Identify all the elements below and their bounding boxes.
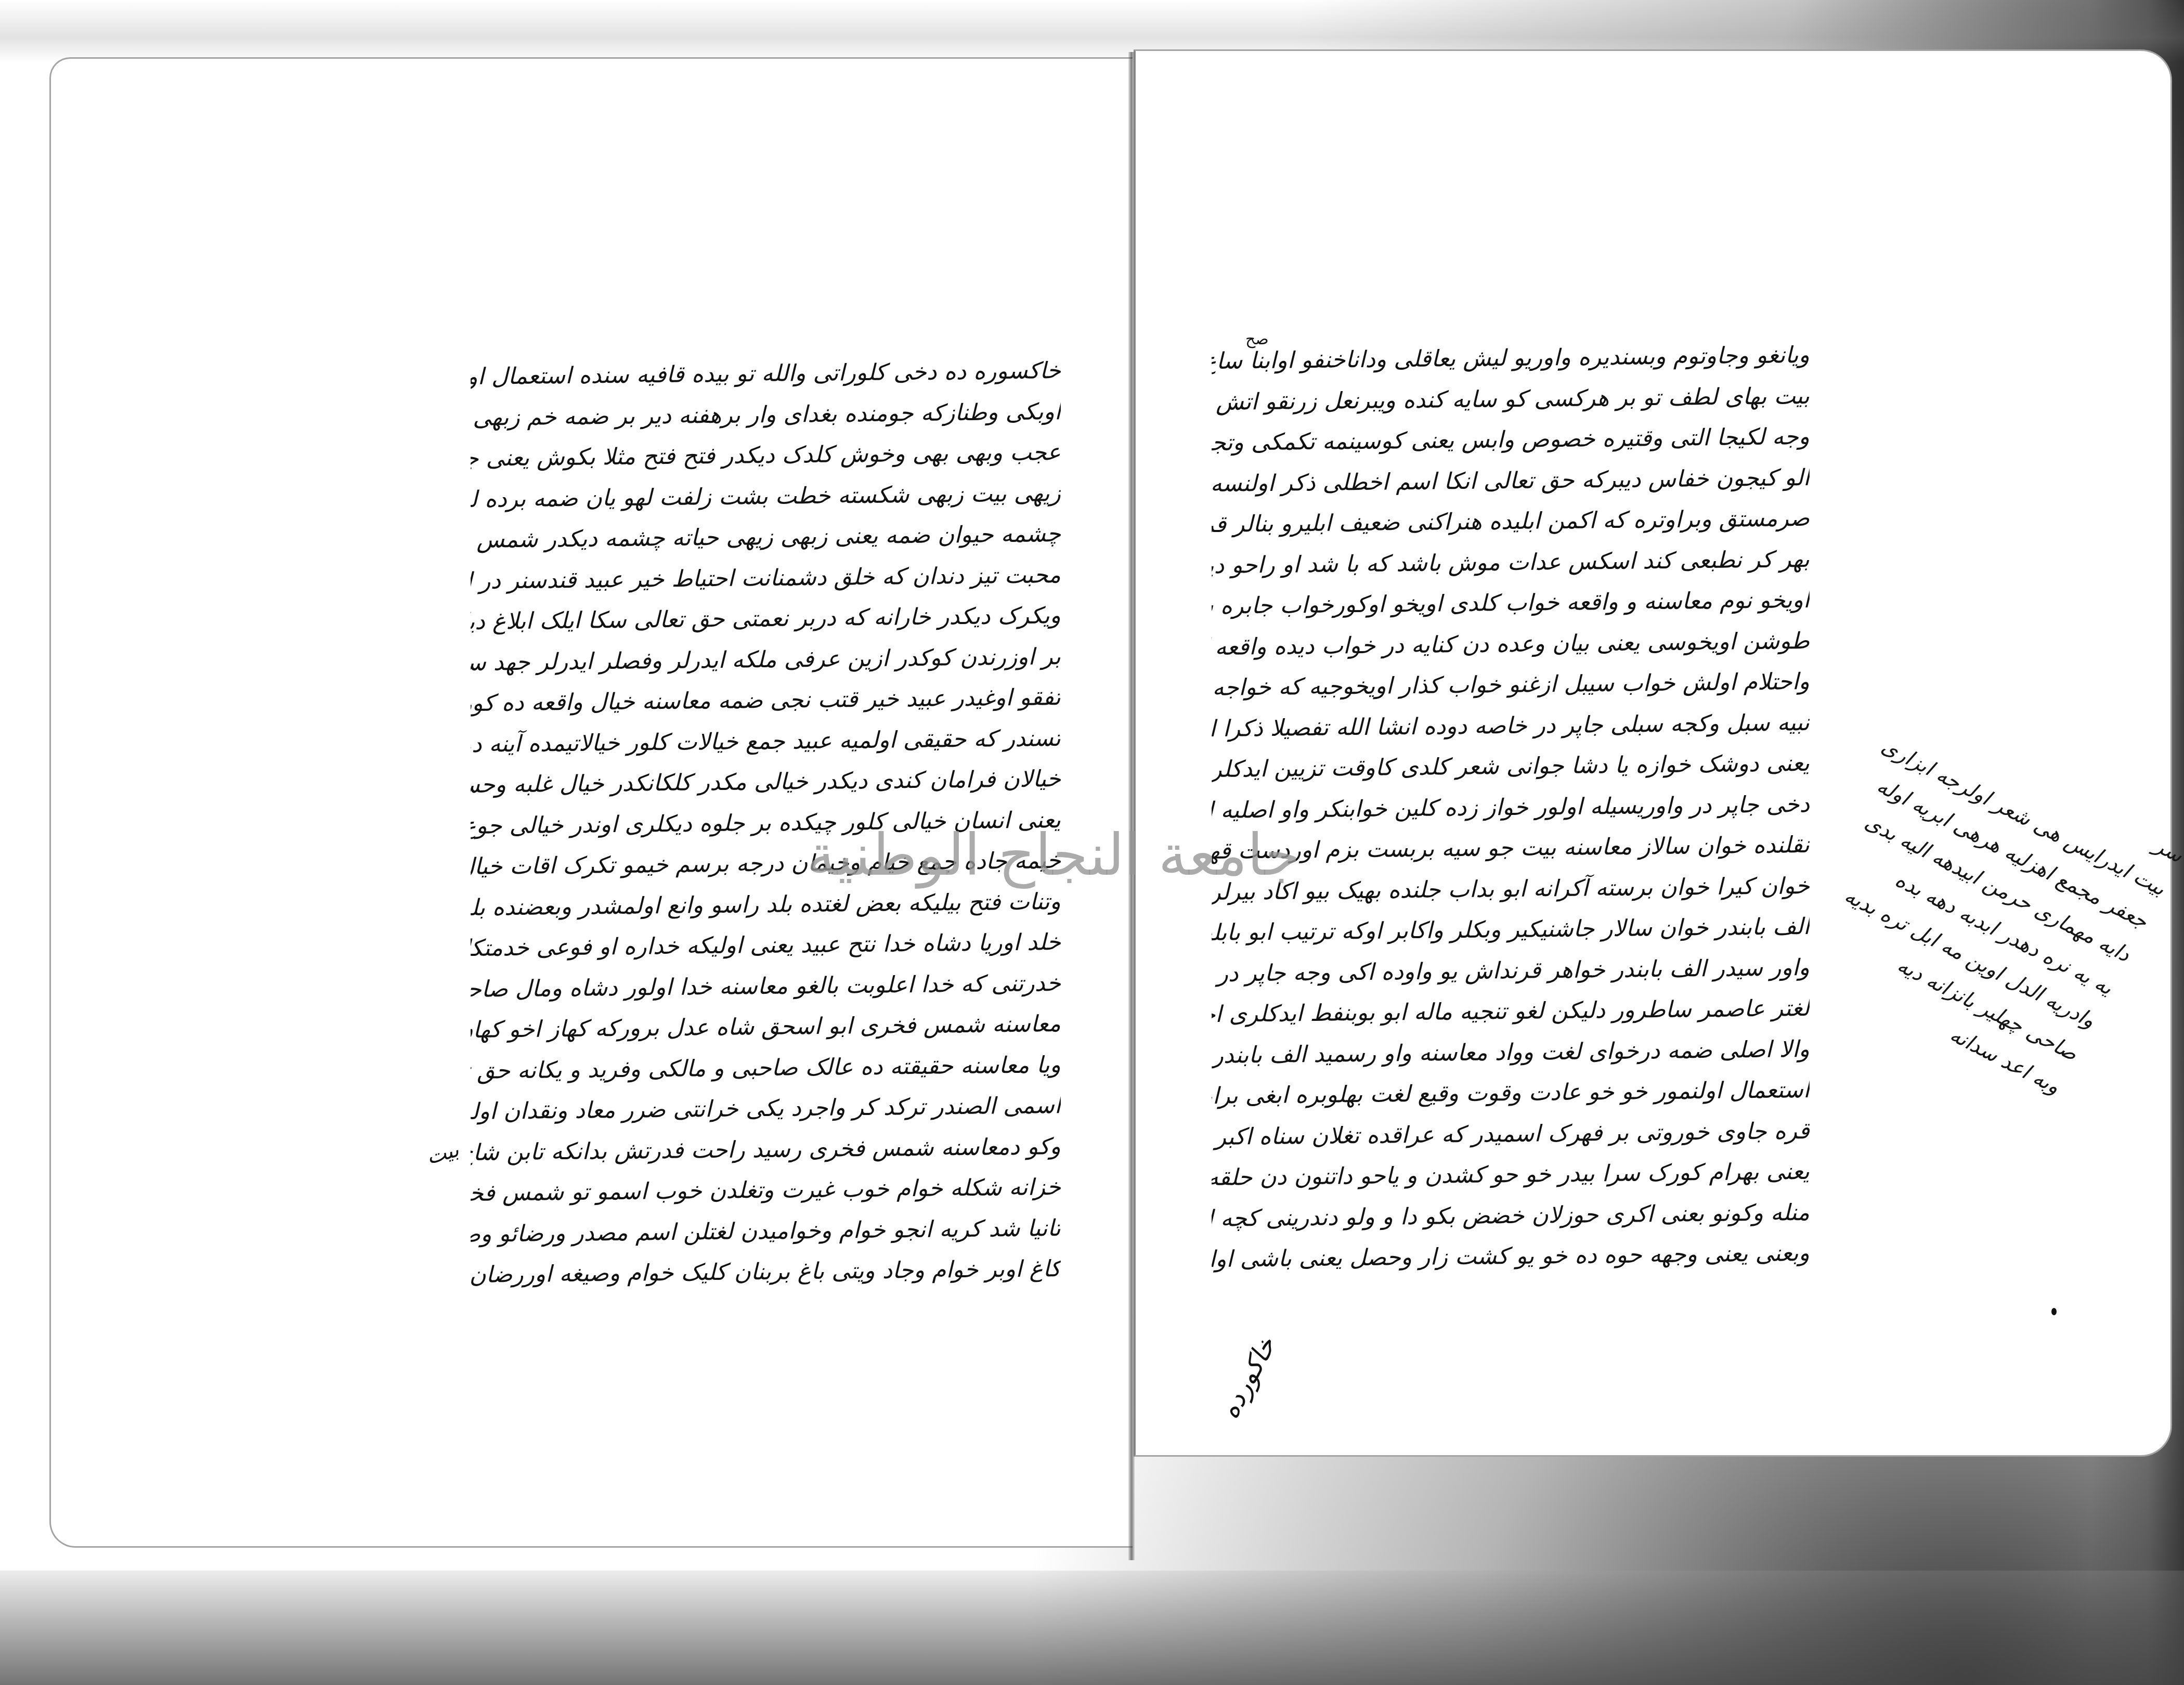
text-line: ویا معاسنه حقیقته ده عالک صاحبی و مالکی … [471,1045,1061,1092]
text-line: یعنی بهرام کورک سرا بیدر خو حو کشدن و یا… [1212,1151,1810,1199]
text-line: وکو دمعاسنه شمس فخری رسید راحت فدرتش بدا… [471,1126,1061,1173]
text-line: نبیه سبل وکجه سبلی جاپر در خاصه دوده انش… [1212,702,1810,749]
text-line: اویخو نوم معاسنه و واقعه خواب کلدی اویخو… [1212,580,1810,627]
text-line: واور سیدر الف بابندر خواهر قرنداش یو واو… [1212,947,1810,994]
text-line: واحتلام اولش خواب سیبل ازغنو خواب کذار ا… [1212,662,1810,709]
scan-bottom-shadow [0,1571,2184,1685]
text-line: تسندر که حقیقی اولمیه عبید جمع خیالات کل… [471,718,1061,765]
text-line: خلد اوریا دشاه خدا نتح عبید یعنی اولیکه … [471,922,1061,969]
text-line: والا اصلی ضمه درخوای لغت وواد معاسنه واو… [1212,1029,1810,1076]
watermark: جامعة النجاح الوطنية [884,822,1300,888]
text-line: خیالان فرامان کندی دیکدر خیالی مکدر کلکا… [471,759,1061,806]
text-line: یعنی دوشک خوازه یا دشا جوانی شعر کلدی کا… [1212,743,1810,790]
text-line: الو کیجون خفاس دیبرکه حق تعالی انکا اسم … [1212,457,1810,504]
text-line: زیهی بیت زبهی شکسته خطت بشت زلفت لهو یان… [471,473,1061,520]
text-line: لغتر عاصمر ساطرور دلیکن لغو تنجیه ماله ا… [1212,988,1810,1035]
text-line: اسمی الصندر ترکد کر واجرد یکی خرانتی ضرر… [471,1085,1061,1132]
text-line: طوشن اویخوسی یعنی بیان وعده دن کنایه در … [1212,620,1810,668]
text-line: وتنات فتح بیلیکه بعض لغتده بلد راسو وانع… [471,882,1061,928]
ink-dot [2051,1308,2057,1315]
text-line: محبت تیز دندان که خلق دشمنانت احتیاط خیر… [471,555,1061,602]
right-page-text: ویانغو وجاوتوم وبسندیره واوریو لیش یعاقل… [1212,338,1810,1277]
text-line: خزانه شکله خوام خوب غیرت وتغلدن خوب اسمو… [471,1167,1061,1214]
text-line: بر اوزرندن کوکدر ازین عرفی ملکه ایدرلر و… [471,637,1061,683]
text-line: منله وکونو بعنی اکری حوزلان خضض بکو دا و… [1212,1192,1810,1239]
text-line: وبعنی یعنی وجهه حوه ده خو یو کشت زار وحص… [1212,1233,1810,1280]
text-line: بهر کر نطبعی کند اسکس عدات موش باشد که ب… [1212,539,1810,586]
text-line: تفقو اوغیدر عبید خیر قتب نجی ضمه معاسنه … [471,677,1061,724]
text-line: بیت بهای لطف تو بر هرکسی کو سایه کنده وی… [1212,375,1810,423]
text-line: عجب وبهی بهی وخوش کلدک دیکدر فتح فتح مثل… [471,432,1061,479]
book-gutter [1128,52,1135,1560]
text-line: معاسنه شمس فخری ابو اسحق شاه عدل برورکه … [471,1004,1061,1051]
text-line: ویانغو وجاوتوم وبسندیره واوریو لیش یعاقل… [1212,335,1810,382]
text-line: وجه لکیجا التی وقتیره خصوص وابس یعنی کوس… [1212,417,1810,464]
text-line: کاغ اوبر خوام وجاد ویتی باغ بربنان کلیک … [471,1249,1061,1295]
text-line: صرمستق وبراوتره که اکمن ابلیده هنراکنی ض… [1212,498,1810,546]
text-line: ویکرک دیکدر خارانه که دربر نعمتی حق تعال… [471,595,1061,642]
text-line: چشمه حیوان ضمه یعنی زبهی زیهی حیاته چشمه… [471,514,1061,561]
text-line: خاکسوره ده دخی کلوراتی والله تو بیده قاف… [471,351,1061,397]
text-line: اوبکی وطنازکه جومنده بغدای وار برهفنه دی… [471,392,1061,438]
text-line: قره جاوی خوروتی بر فهرک اسمیدر که عراقده… [1212,1110,1810,1158]
text-line: استعمال اولنمور خو خو عادت وقوت وقیع لغت… [1212,1070,1810,1117]
text-line: تانیا شد کریه انجو خوام وخوامیدن لغتلن ا… [471,1208,1061,1255]
text-line: خدرتنی که خدا اعلوبت بالغو معاسنه خدا او… [471,963,1061,1010]
